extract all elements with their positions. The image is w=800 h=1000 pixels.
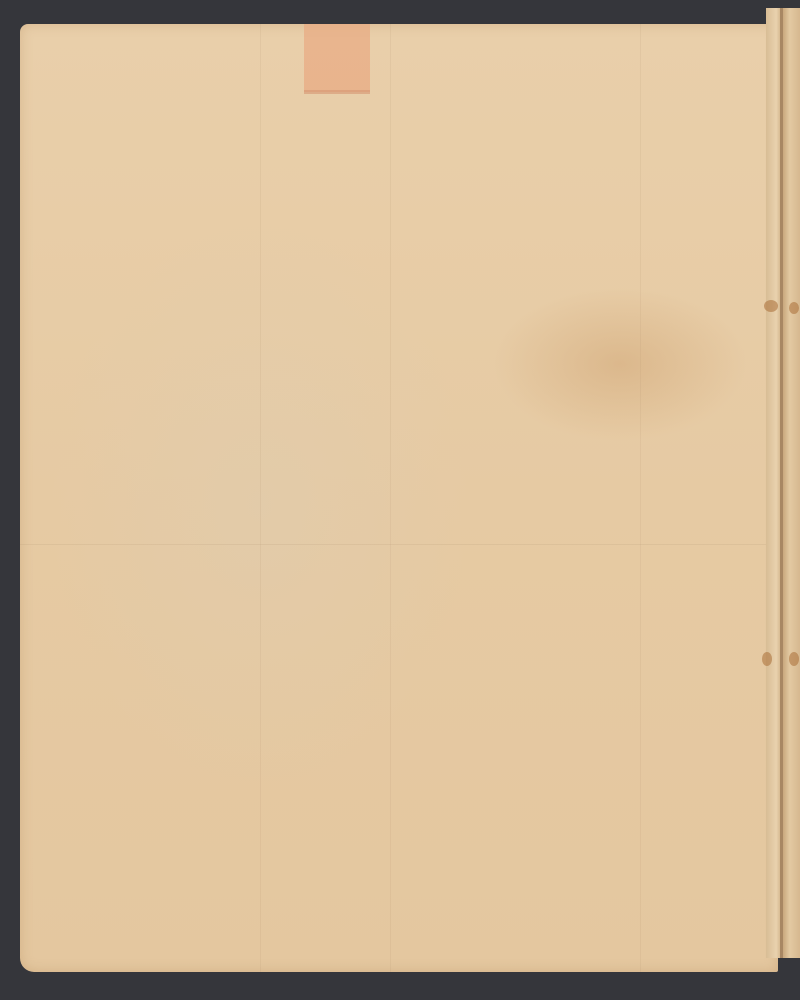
manuscript-page bbox=[20, 24, 778, 972]
red-seal-stamp bbox=[304, 24, 370, 92]
binding-stain bbox=[789, 652, 799, 666]
fold-line bbox=[260, 24, 261, 972]
book-spine bbox=[766, 8, 800, 958]
spine-edge bbox=[780, 8, 783, 958]
seal-border bbox=[304, 90, 370, 94]
binding-stain bbox=[764, 300, 778, 312]
binding-stain bbox=[762, 652, 772, 666]
scan-viewer bbox=[0, 0, 800, 1000]
binding-stain bbox=[789, 302, 799, 314]
fold-line bbox=[390, 24, 391, 972]
fold-line bbox=[640, 24, 641, 972]
crease-line bbox=[20, 544, 778, 545]
